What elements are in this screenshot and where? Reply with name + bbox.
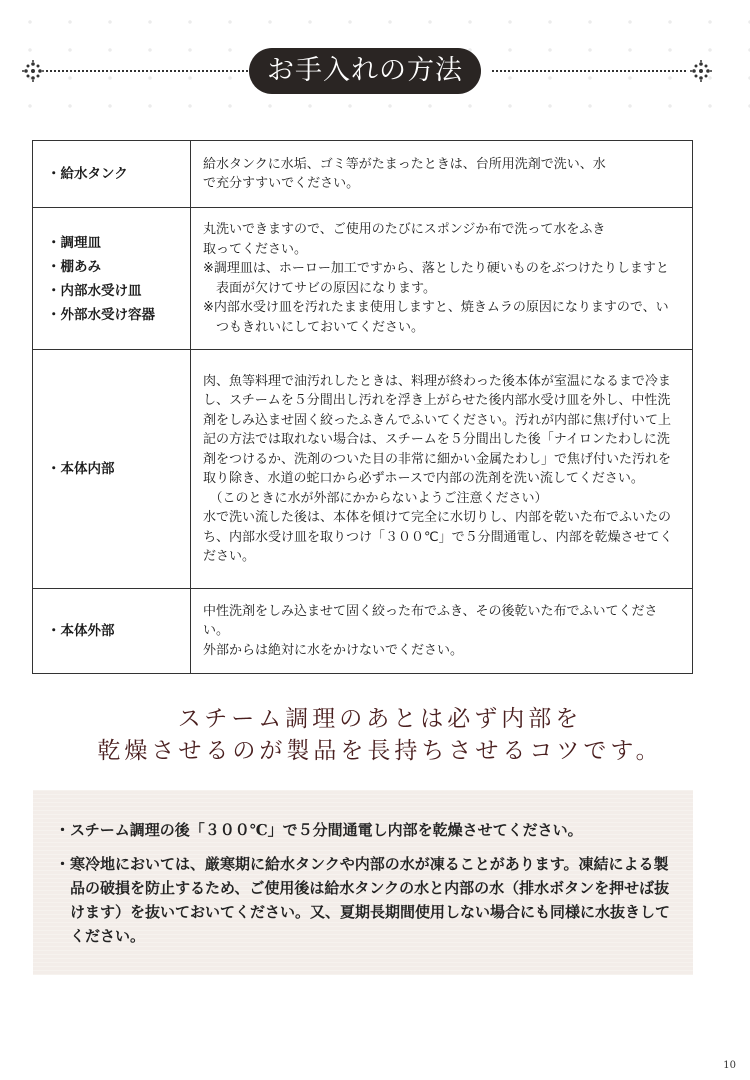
description-line: 取ってください。: [203, 240, 680, 260]
care-instructions-table: ・給水タンク 給水タンクに水垢、ゴミ等がたまったときは、台所用洗剤で洗い、水 で…: [32, 140, 693, 674]
fleuron-ornament-icon: [690, 60, 712, 82]
caution-note: ※調理皿は、ホーロー加工ですから、落としたり硬いものをぶつけたりしますと表面が欠…: [203, 259, 680, 298]
part-label: ・内部水受け皿: [47, 279, 189, 303]
part-cell: ・本体内部: [33, 350, 191, 589]
table-row: ・本体外部 中性洗剤をしみ込ませて固く絞った布でふき、その後乾いた布でふいてくだ…: [33, 589, 693, 674]
part-cell: ・給水タンク: [33, 141, 191, 208]
tips-list: ・スチーム調理の後「３００℃」で５分間通電し内部を乾燥させてください。 ・寒冷地…: [33, 790, 693, 948]
part-label: ・棚あみ: [47, 255, 189, 279]
dotted-divider-right: [492, 70, 686, 72]
table-row: ・給水タンク 給水タンクに水垢、ゴミ等がたまったときは、台所用洗剤で洗い、水 で…: [33, 141, 693, 208]
table-row: ・本体内部 肉、魚等料理で油汚れしたときは、料理が終わった後本体が室温になるまで…: [33, 350, 693, 589]
section-header: お手入れの方法: [22, 48, 712, 94]
table-row: ・調理皿 ・棚あみ ・内部水受け皿 ・外部水受け容器 丸洗いできますので、ご使用…: [33, 208, 693, 350]
description-cell: 中性洗剤をしみ込ませて固く絞った布でふき、その後乾いた布でふいてください。 外部…: [191, 589, 693, 674]
catch-phrase-line: スチーム調理のあとは必ず内部を: [30, 703, 730, 735]
catch-phrase-line: 乾燥させるのが製品を長持ちさせるコツです。: [30, 735, 730, 767]
tip-item: ・寒冷地においては、厳寒期に給水タンクや内部の水が凍ることがあります。凍結による…: [55, 852, 673, 948]
description-line: 中性洗剤をしみ込ませて固く絞った布でふき、その後乾いた布でふいてください。: [203, 602, 680, 641]
description-line: （このときに水が外部にかからないようご注意ください）: [203, 489, 680, 509]
part-label: ・調理皿: [47, 231, 189, 255]
description-cell: 丸洗いできますので、ご使用のたびにスポンジか布で洗って水をふき 取ってください。…: [191, 208, 693, 350]
description-line: 外部からは絶対に水をかけないでください。: [203, 641, 680, 661]
tip-item: ・スチーム調理の後「３００℃」で５分間通電し内部を乾燥させてください。: [55, 818, 673, 842]
part-cell: ・本体外部: [33, 589, 191, 674]
description-line: 肉、魚等料理で油汚れしたときは、料理が終わった後本体が室温になるまで冷まし、スチ…: [203, 372, 680, 489]
page-number: 10: [723, 1060, 736, 1071]
catch-phrase: スチーム調理のあとは必ず内部を 乾燥させるのが製品を長持ちさせるコツです。: [30, 703, 730, 767]
description-line: 給水タンクに水垢、ゴミ等がたまったときは、台所用洗剤で洗い、水: [203, 155, 680, 175]
description-cell: 肉、魚等料理で油汚れしたときは、料理が終わった後本体が室温になるまで冷まし、スチ…: [191, 350, 693, 589]
part-label: ・外部水受け容器: [47, 303, 189, 327]
caution-note: ※内部水受け皿を汚れたまま使用しますと、焼きムラの原因になりますので、いつもきれ…: [203, 298, 680, 337]
description-cell: 給水タンクに水垢、ゴミ等がたまったときは、台所用洗剤で洗い、水 で充分すすいでく…: [191, 141, 693, 208]
description-line: 丸洗いできますので、ご使用のたびにスポンジか布で洗って水をふき: [203, 220, 680, 240]
description-line: で充分すすいでください。: [203, 174, 680, 194]
description-line: 水で洗い流した後は、本体を傾けて完全に水切りし、内部を乾いた布でふいたのち、内部…: [203, 508, 680, 567]
part-label: ・給水タンク: [47, 162, 189, 186]
fleuron-ornament-icon: [22, 60, 44, 82]
part-label: ・本体内部: [47, 457, 189, 481]
part-cell: ・調理皿 ・棚あみ ・内部水受け皿 ・外部水受け容器: [33, 208, 191, 350]
part-label: ・本体外部: [47, 619, 189, 643]
dotted-divider-left: [46, 70, 268, 72]
page-title: お手入れの方法: [249, 48, 481, 94]
tips-box: ・スチーム調理の後「３００℃」で５分間通電し内部を乾燥させてください。 ・寒冷地…: [33, 790, 693, 975]
